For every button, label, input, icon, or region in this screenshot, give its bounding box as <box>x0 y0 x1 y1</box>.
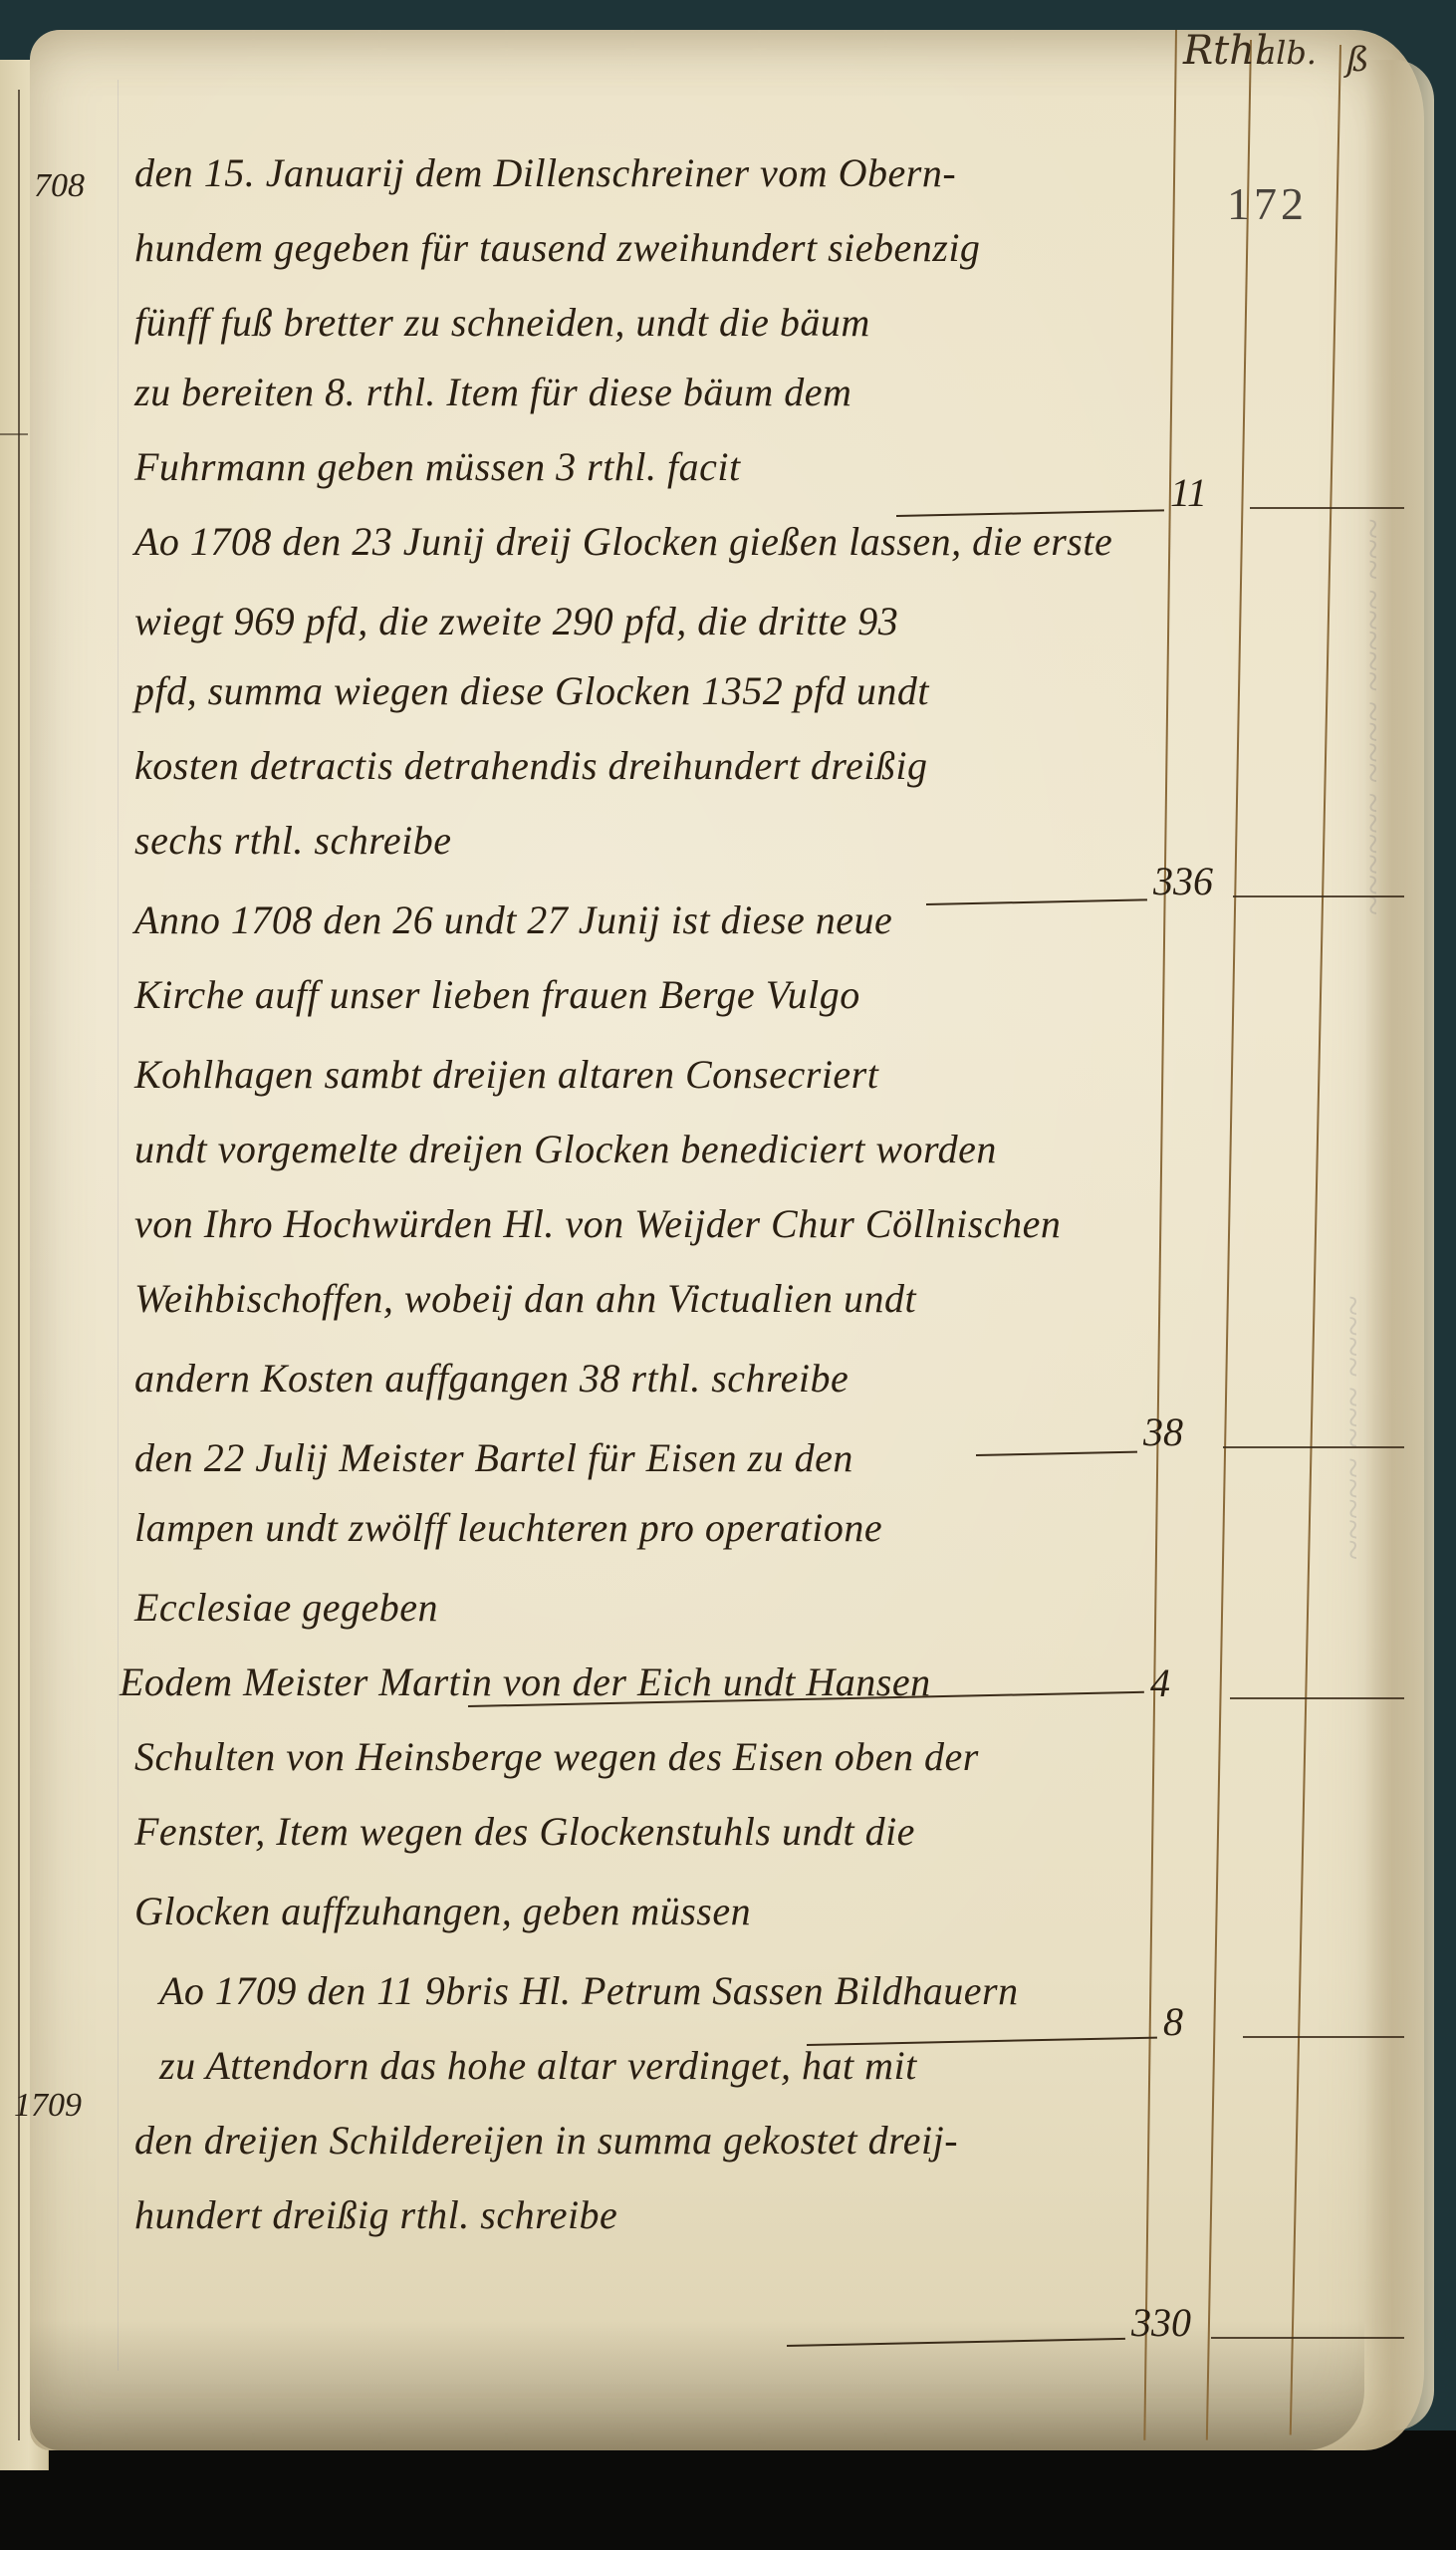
column-header-alb: alb. <box>1257 34 1317 72</box>
ledger-line: Ecclesiae gegeben <box>134 1584 438 1631</box>
ledger-line: den 22 Julij Meister Bartel für Eisen zu… <box>134 1434 853 1481</box>
ledger-line: Anno 1708 den 26 undt 27 Junij ist diese… <box>134 896 892 943</box>
faint-margin-line <box>118 80 119 2371</box>
ledger-line: lampen undt zwölff leuchteren pro operat… <box>134 1504 882 1551</box>
ledger-line: wiegt 969 pfd, die zweite 290 pfd, die d… <box>134 598 898 644</box>
ledger-line: den 15. Januarij dem Dillenschreiner vom… <box>134 149 956 196</box>
ledger-line: fünff fuß bretter zu schneiden, undt die… <box>134 299 870 346</box>
margin-year: 1709 <box>14 2087 82 2125</box>
bleed-through-text: ~~~~ ~~~ ~~~~~ <box>1331 1295 1374 1560</box>
ledger-line: zu Attendorn das hohe altar verdinget, h… <box>159 2042 917 2089</box>
entry-amount-rthl: 4 <box>1150 1659 1170 1706</box>
column-row-rule <box>1233 895 1404 897</box>
ledger-line: Glocken auffzuhangen, geben müssen <box>134 1888 751 1934</box>
column-header-schilling: ß <box>1346 40 1369 80</box>
entry-amount-rthl: 336 <box>1153 858 1213 904</box>
entry-amount-rthl: 11 <box>1170 469 1207 516</box>
ledger-line: Fenster, Item wegen des Glockenstuhls un… <box>134 1808 915 1855</box>
ledger-line: zu bereiten 8. rthl. Item für diese bäum… <box>134 369 851 415</box>
ledger-line: andern Kosten auffgangen 38 rthl. schrei… <box>134 1355 849 1402</box>
ledger-line: hundem gegeben für tausend zweihundert s… <box>134 224 980 271</box>
ledger-line: Fuhrmann geben müssen 3 rthl. facit <box>134 443 741 490</box>
ledger-line: Kirche auff unser lieben frauen Berge Vu… <box>134 971 860 1018</box>
entry-amount-rthl: 8 <box>1163 1998 1183 2045</box>
entry-amount-rthl: 330 <box>1131 2299 1191 2346</box>
ledger-line: Weihbischoffen, wobeij dan ahn Victualie… <box>134 1275 916 1322</box>
facing-page-mark <box>0 433 28 435</box>
column-row-rule <box>1230 1697 1404 1699</box>
ledger-line: Ao 1708 den 23 Junij dreij Glocken gieße… <box>134 518 1112 565</box>
ledger-line: von Ihro Hochwürden Hl. von Weijder Chur… <box>134 1200 1061 1247</box>
ledger-line: Schulten von Heinsberge wegen des Eisen … <box>134 1733 979 1780</box>
column-header-rthl: Rthl <box>1183 28 1268 74</box>
page-fore-edge <box>1364 60 1434 2430</box>
page-number: 172 <box>1227 177 1308 230</box>
ledger-line: den dreijen Schildereijen in summa gekos… <box>134 2117 958 2164</box>
entry-amount-rthl: 38 <box>1143 1408 1183 1455</box>
ledger-line: sechs rthl. schreibe <box>134 817 451 864</box>
ledger-line: kosten detractis detrahendis dreihundert… <box>134 742 927 789</box>
margin-year: 708 <box>34 167 85 205</box>
ledger-line: Kohlhagen sambt dreijen altaren Consecri… <box>134 1051 878 1098</box>
column-row-rule <box>1243 2036 1404 2038</box>
bleed-through-text: ~~~ ~~~~~ ~~~~ ~~~~~~ <box>1350 518 1394 915</box>
column-row-rule <box>1250 507 1404 509</box>
column-row-rule <box>1211 2337 1404 2339</box>
ledger-line: hundert dreißig rthl. schreibe <box>134 2191 617 2238</box>
ledger-line: Ao 1709 den 11 9bris Hl. Petrum Sassen B… <box>159 1967 1019 2014</box>
column-row-rule <box>1223 1446 1404 1448</box>
ledger-line: pfd, summa wiegen diese Glocken 1352 pfd… <box>134 667 929 714</box>
ledger-line: undt vorgemelte dreijen Glocken benedici… <box>134 1126 997 1172</box>
